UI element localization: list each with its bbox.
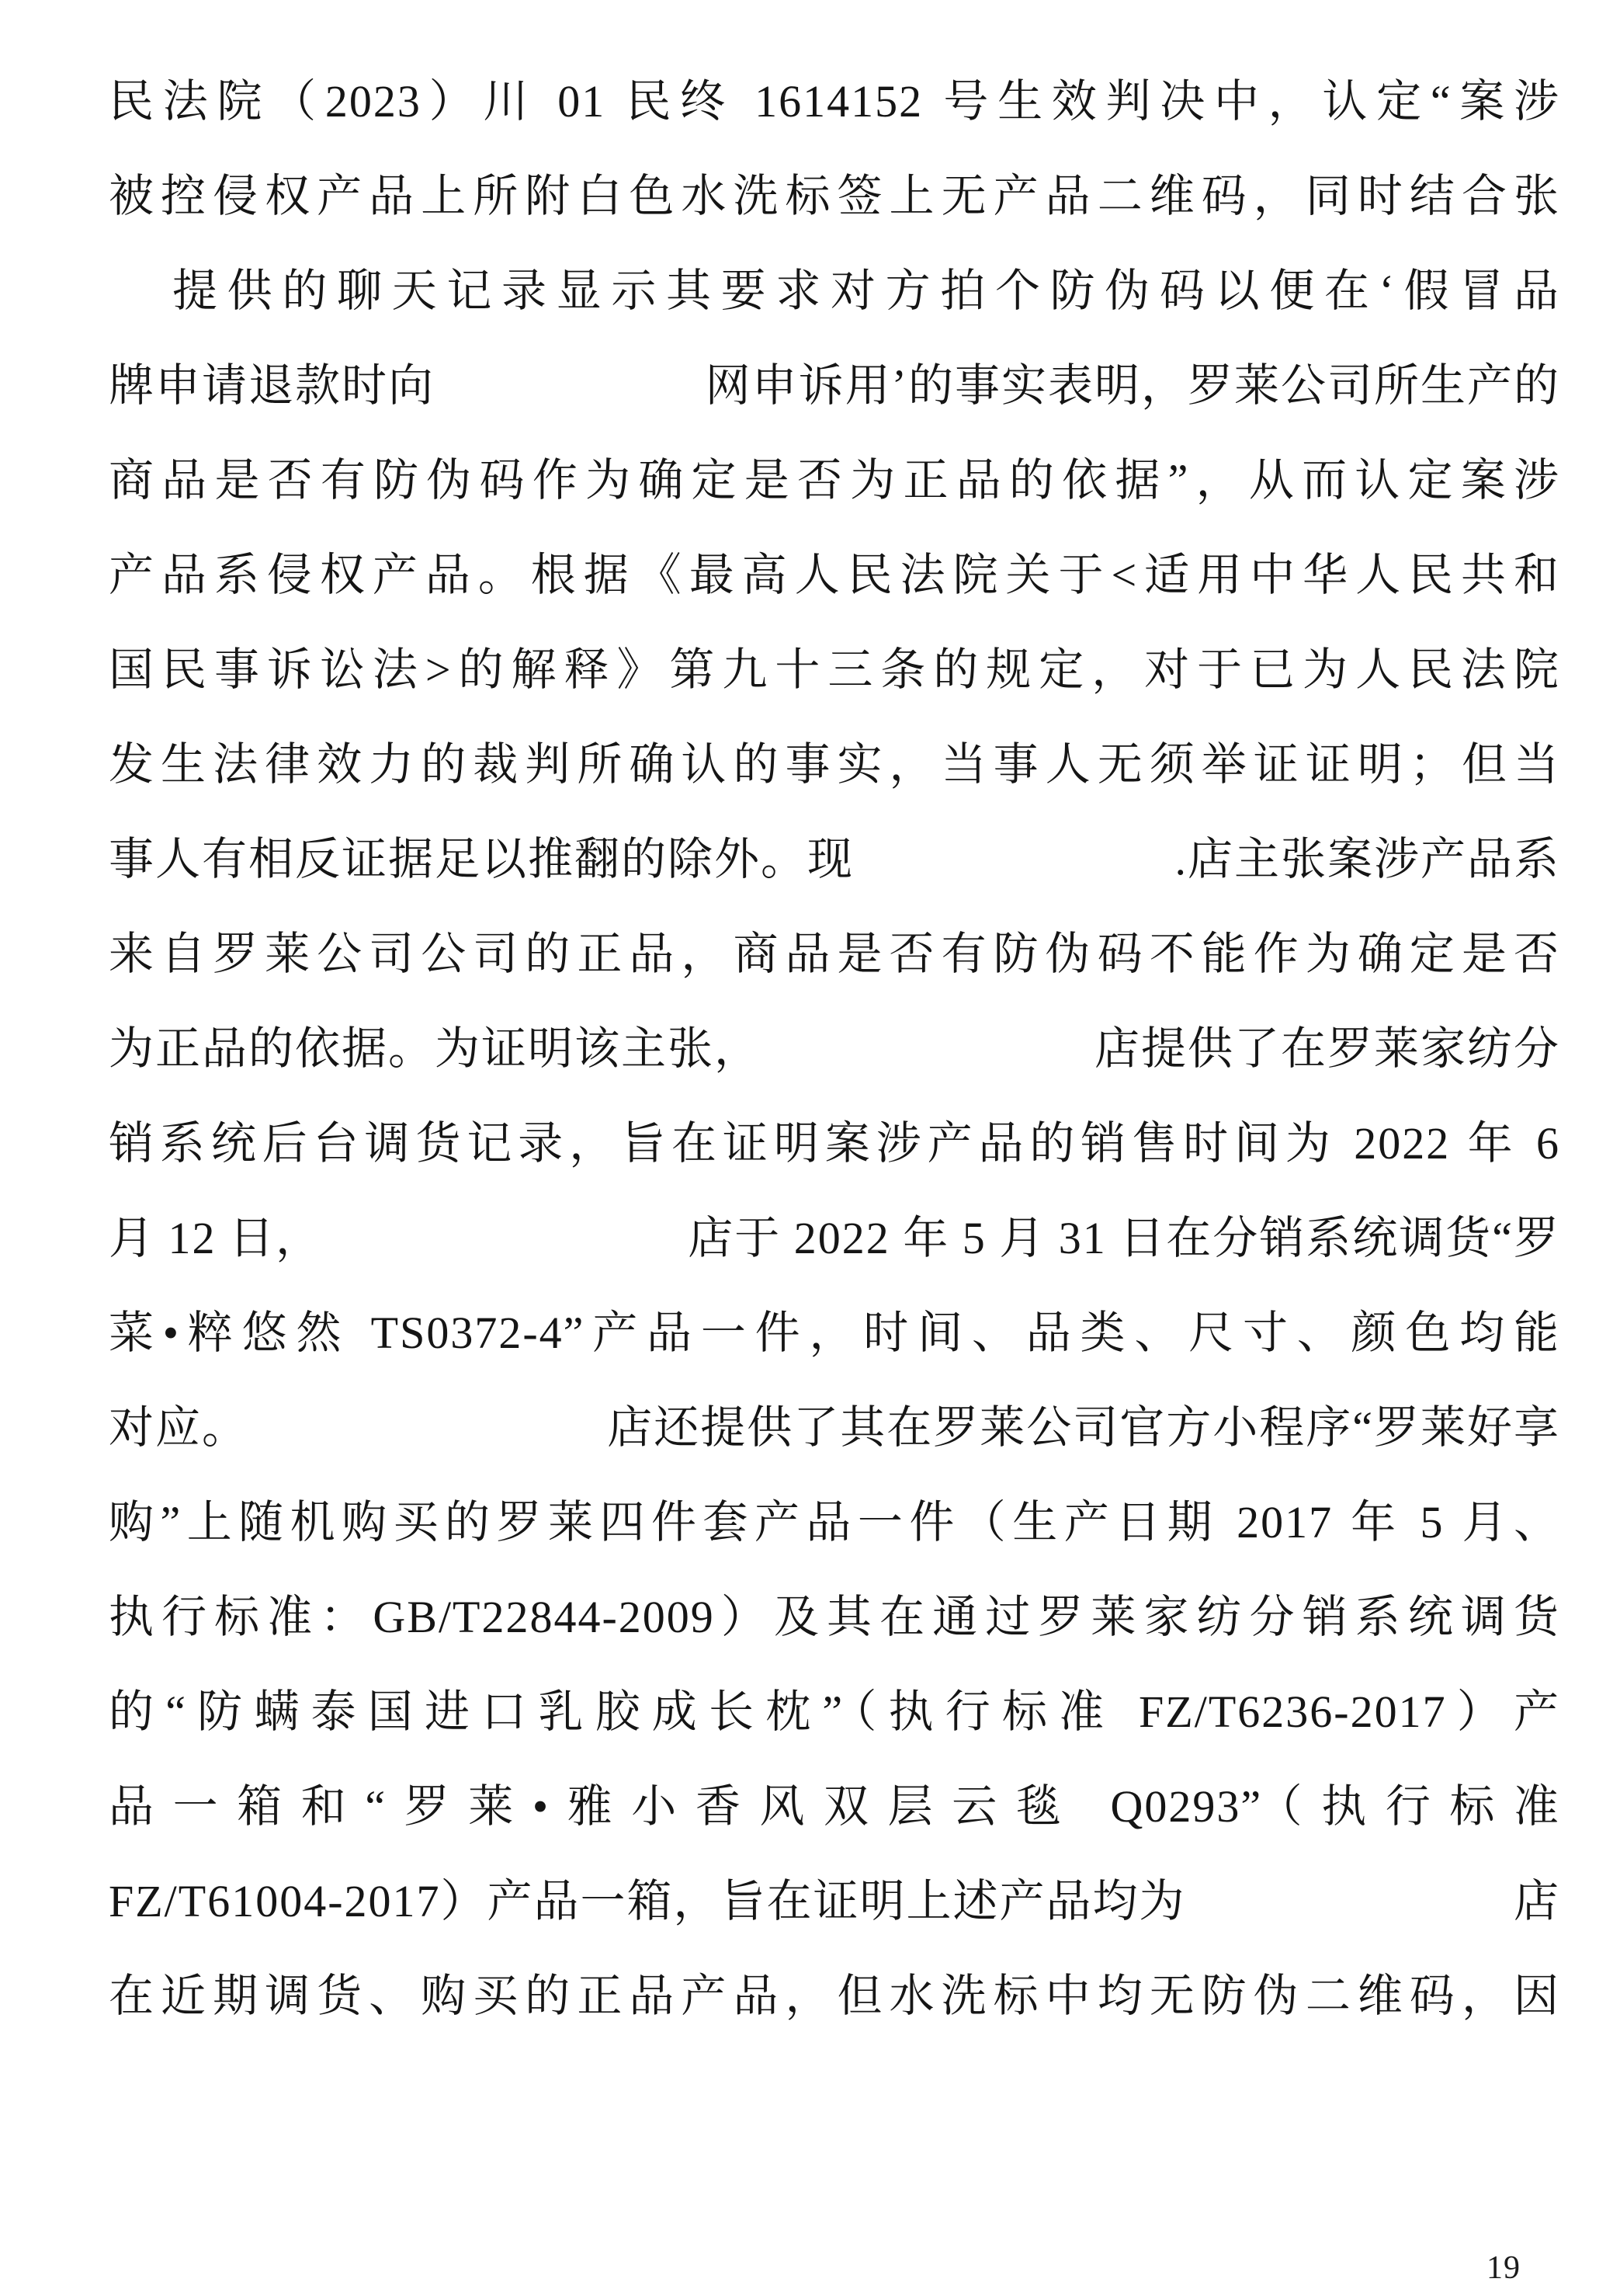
text-line-1: 民法院（2023）川 01 民终 1614152 号生效判决中，认定“案涉 xyxy=(109,54,1560,149)
text-line-21: 在近期调货、购买的正品产品，但水洗标中均无防伪二维码，因 xyxy=(109,1949,1560,2044)
text-segment-right: 店还提供了其在罗莱公司官方小程序“罗莱好享 xyxy=(607,1381,1560,1475)
text-line-17: 执行标准：GB/T22844-2009）及其在通过罗莱家纺分销系统调货 xyxy=(109,1570,1560,1665)
text-line-6: 产品系侵权产品。根据《最高人民法院关于<适用中华人民共和 xyxy=(109,528,1560,623)
text-segment-left: FZ/T61004-2017）产品一箱，旨在证明上述产品均为 xyxy=(109,1854,1186,1949)
text-line-8: 发生法律效力的裁判所确认的事实，当事人无须举证证明；但当 xyxy=(109,717,1560,812)
text-line-20: FZ/T61004-2017）产品一箱，旨在证明上述产品均为店 xyxy=(109,1854,1560,1949)
text-segment-right: 店 xyxy=(1514,1854,1560,1949)
text-segment-left: 为正品的依据。为证明该主张， xyxy=(109,1002,761,1096)
text-segment-right: .店主张案涉产品系 xyxy=(1174,812,1560,907)
text-line-13: 月 12 日，店于 2022 年 5 月 31 日在分销系统调货“罗 xyxy=(109,1191,1560,1286)
text-line-4: 牌申请退款时向网申诉用’的事实表明，罗莱公司所生产的 xyxy=(109,339,1560,433)
page-number: 19 xyxy=(1486,2249,1521,2287)
text-line-5: 商品是否有防伪码作为确定是否为正品的依据”，从而认定案涉 xyxy=(109,433,1560,528)
text-segment-left: 事人有相反证据足以推翻的除外。现 xyxy=(109,812,854,907)
text-line-3: 提供的聊天记录显示其要求对方拍个防伪码以便在‘假冒品 xyxy=(109,244,1560,339)
text-segment-left: 对应。 xyxy=(109,1381,248,1475)
body-text: 民法院（2023）川 01 民终 1614152 号生效判决中，认定“案涉被控侵… xyxy=(109,54,1560,2044)
text-segment-right: 店于 2022 年 5 月 31 日在分销系统调货“罗 xyxy=(688,1191,1560,1286)
document-page: 民法院（2023）川 01 民终 1614152 号生效判决中，认定“案涉被控侵… xyxy=(0,0,1620,2296)
text-line-10: 来自罗莱公司公司的正品，商品是否有防伪码不能作为确定是否 xyxy=(109,907,1560,1002)
text-line-2: 被控侵权产品上所附白色水洗标签上无产品二维码，同时结合张 xyxy=(109,149,1560,244)
text-line-19: 品一箱和“罗莱•雅小香风双层云毯 Q0293”（执行标准 xyxy=(109,1759,1560,1854)
text-line-14: 菜•粹悠然 TS0372-4”产品一件，时间、品类、尺寸、颜色均能 xyxy=(109,1286,1560,1381)
text-line-16: 购”上随机购买的罗莱四件套产品一件（生产日期 2017 年 5 月、 xyxy=(109,1475,1560,1570)
text-segment-right: 店提供了在罗莱家纺分 xyxy=(1094,1002,1560,1096)
text-line-15: 对应。店还提供了其在罗莱公司官方小程序“罗莱好享 xyxy=(109,1381,1560,1475)
text-line-9: 事人有相反证据足以推翻的除外。现.店主张案涉产品系 xyxy=(109,812,1560,907)
text-segment-left: 月 12 日， xyxy=(109,1191,322,1286)
text-segment-left: 牌申请退款时向 xyxy=(109,339,435,433)
text-line-18: 的“防螨泰国进口乳胶成长枕”（执行标准 FZ/T6236-2017）产 xyxy=(109,1665,1560,1759)
text-line-11: 为正品的依据。为证明该主张，店提供了在罗莱家纺分 xyxy=(109,1002,1560,1096)
text-line-12: 销系统后台调货记录，旨在证明案涉产品的销售时间为 2022 年 6 xyxy=(109,1096,1560,1191)
text-line-7: 国民事诉讼法>的解释》第九十三条的规定，对于已为人民法院 xyxy=(109,623,1560,717)
text-segment-right: 网申诉用’的事实表明，罗莱公司所生产的 xyxy=(706,339,1560,433)
